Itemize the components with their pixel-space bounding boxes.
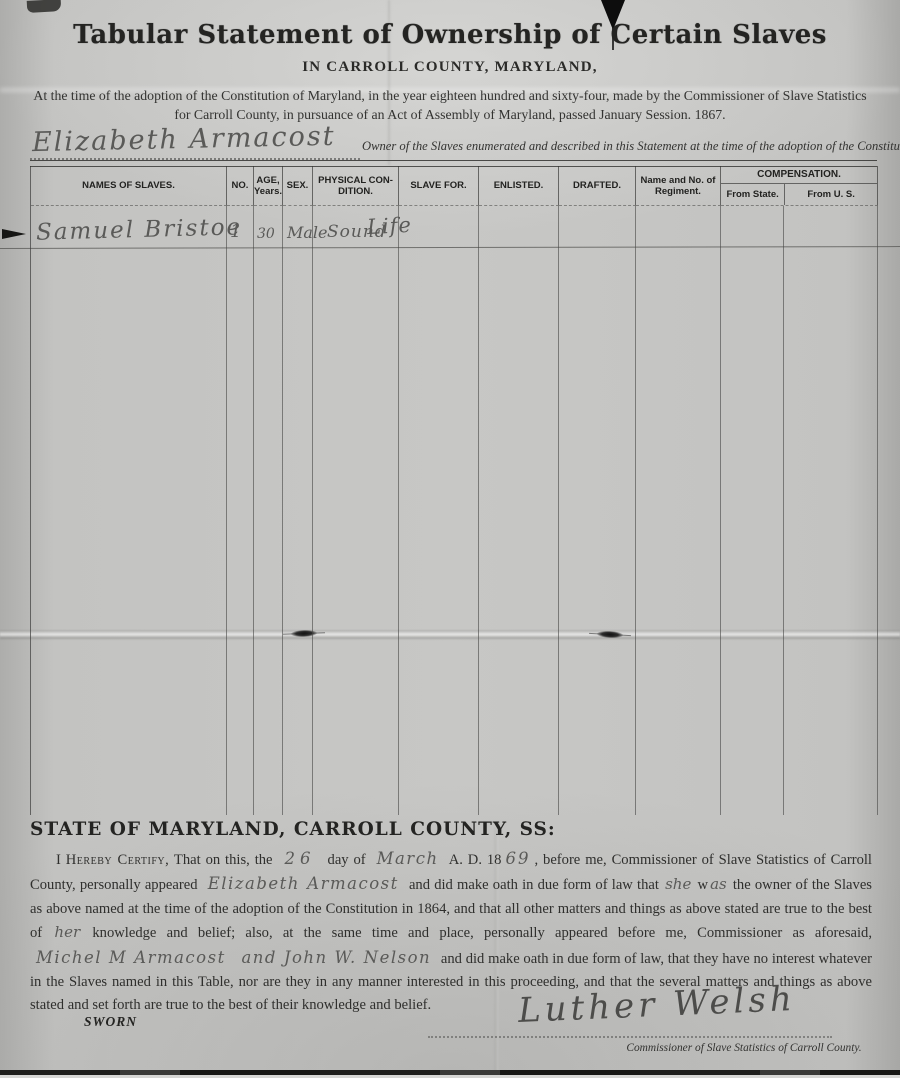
handwritten-pronoun: she	[663, 875, 693, 893]
row-slave-for: Life	[366, 213, 412, 239]
handwritten-witness-2: and John W. Nelson	[235, 948, 437, 967]
intro-line-2: for Carroll County, in pursuance of an A…	[0, 105, 900, 124]
cert-text: knowledge and belief; also, at the same …	[92, 925, 872, 941]
col-header-compensation-group: COMPENSATION. From State. From U. S.	[721, 166, 878, 206]
col-header-compensation: COMPENSATION.	[721, 166, 877, 184]
certification-heading: STATE OF MARYLAND, CARROLL COUNTY, SS:	[30, 819, 556, 840]
compensation-subheaders: From State. From U. S.	[721, 184, 877, 205]
row-sex: Male	[287, 223, 328, 242]
row-number: 1	[230, 221, 241, 242]
signature-line	[428, 1036, 832, 1038]
cert-text: A. D. 18	[449, 852, 502, 868]
handwritten-witness-1: Michel M Armacost	[30, 948, 232, 967]
owner-line: Elizabeth Armacost Owner of the Slaves e…	[30, 126, 880, 164]
document-intro: At the time of the adoption of the Const…	[0, 86, 900, 124]
scan-smudge	[27, 0, 62, 13]
col-header-no: NO.	[227, 166, 254, 206]
col-header-drafted: DRAFTED.	[559, 166, 636, 206]
document-title: Tabular Statement of Ownership of Certai…	[0, 20, 900, 50]
row-slave-name: Samuel Bristoe	[36, 214, 243, 245]
handwritten-year: 69	[501, 849, 534, 868]
handwritten-her: her	[52, 923, 82, 941]
col-header-from-state: From State.	[721, 184, 784, 205]
col-header-from-us: From U. S.	[784, 184, 877, 205]
document-subtitle: IN CARROLL COUNTY, MARYLAND,	[0, 59, 900, 76]
table-body-grid	[30, 206, 877, 815]
certify-smallcaps: Hereby Certify,	[66, 852, 170, 868]
handwritten-was: as	[708, 875, 729, 893]
owner-printed-label: Owner of the Slaves enumerated and descr…	[362, 139, 900, 154]
cert-text: and did make oath in due form of law tha…	[409, 877, 659, 893]
handwritten-day: 26	[273, 849, 328, 868]
col-header-condition: PHYSICAL CON- DITION.	[313, 166, 399, 206]
commissioner-title: Commissioner of Slave Statistics of Carr…	[598, 1042, 890, 1054]
row-age: 30	[257, 226, 275, 242]
margin-arrow-icon	[2, 229, 26, 239]
col-header-enlisted: ENLISTED.	[479, 166, 559, 206]
col-header-slave-for: SLAVE FOR.	[399, 166, 479, 206]
owner-name-handwritten: Elizabeth Armacost	[32, 121, 336, 158]
cert-text: day of	[328, 852, 366, 868]
handwritten-appeared-name: Elizabeth Armacost	[202, 874, 405, 893]
cert-text: w	[693, 877, 708, 893]
slave-statement-table: NAMES OF SLAVES. NO. AGE, Years. SEX. PH…	[30, 160, 877, 815]
table-header-row: NAMES OF SLAVES. NO. AGE, Years. SEX. PH…	[30, 166, 877, 206]
sworn-label: SWORN	[84, 1014, 137, 1030]
title-block: Tabular Statement of Ownership of Certai…	[0, 20, 900, 124]
cert-text: That on this, the	[169, 852, 272, 868]
col-header-regiment: Name and No. of Regiment.	[636, 166, 721, 206]
col-header-sex: SEX.	[283, 166, 313, 206]
certify-prefix: I	[56, 852, 66, 868]
handwritten-month: March	[371, 849, 445, 868]
col-header-names: NAMES OF SLAVES.	[31, 166, 227, 206]
col-header-age: AGE, Years.	[254, 166, 283, 206]
intro-line-1: At the time of the adoption of the Const…	[0, 86, 900, 105]
scanned-document-page: Tabular Statement of Ownership of Certai…	[0, 0, 900, 1078]
